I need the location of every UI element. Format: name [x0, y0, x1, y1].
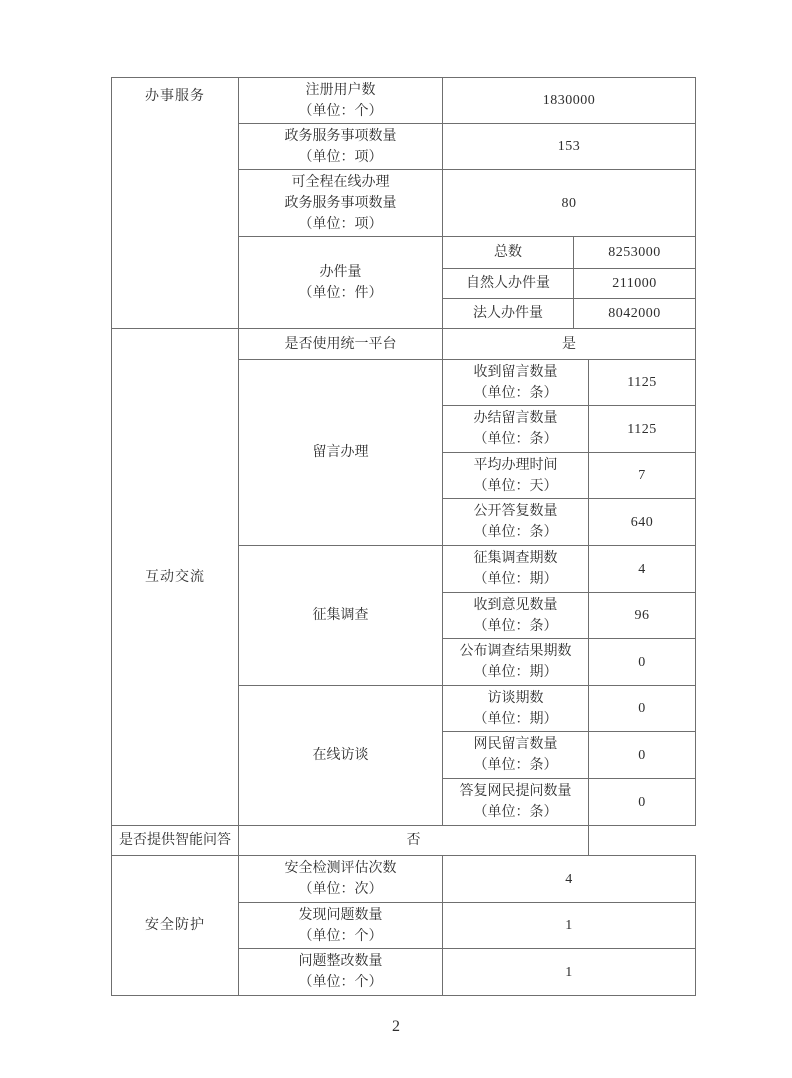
submetric-unit-line: （单位：条）: [445, 755, 586, 776]
submetric-label-line: 收到意见数量: [445, 595, 586, 616]
submetric-label-line: 网民留言数量: [445, 734, 586, 755]
metric-label-cell: 可全程在线办理 政务服务事项数量 （单位：项）: [239, 170, 443, 237]
submetric-label-line: 办结留言数量: [445, 408, 586, 429]
submetric-label-cell: 自然人办件量: [443, 269, 574, 299]
metric-value-cell: 640: [589, 499, 696, 546]
page-number: 2: [0, 1018, 792, 1036]
metric-value-cell: 否: [239, 826, 589, 856]
metric-label-cell: 是否提供智能问答: [112, 826, 239, 856]
metric-value-cell: 96: [589, 593, 696, 639]
submetric-label-cell: 办结留言数量 （单位：条）: [443, 406, 589, 453]
submetric-label-line: 征集调查期数: [445, 548, 586, 569]
metric-value-cell: 153: [443, 124, 696, 170]
submetric-unit-line: （单位：条）: [445, 383, 586, 404]
metric-label-cell: 是否使用统一平台: [239, 329, 443, 360]
submetric-label-line: 平均办理时间: [445, 455, 586, 476]
metric-label-line: 政务服务事项数量: [241, 193, 440, 214]
submetric-unit-line: （单位：期）: [445, 662, 586, 683]
metric-label-cell: 安全检测评估次数 （单位：次）: [239, 856, 443, 903]
metric-value-cell: 7: [589, 453, 696, 499]
submetric-unit-line: （单位：条）: [445, 429, 586, 450]
submetric-label-cell: 公布调查结果期数 （单位：期）: [443, 639, 589, 686]
submetric-label-cell: 答复网民提问数量 （单位：条）: [443, 779, 589, 826]
metric-unit-line: （单位：个）: [241, 101, 440, 122]
submetric-unit-line: （单位：条）: [445, 802, 586, 823]
submetric-unit-line: （单位：条）: [445, 522, 586, 543]
section-label-cell: 办事服务: [112, 78, 239, 329]
metric-label-line: 注册用户数: [241, 80, 440, 101]
metric-unit-line: （单位：次）: [241, 879, 440, 900]
group-label-cell: 办件量 （单位：件）: [239, 237, 443, 329]
document-page: 办事服务 注册用户数 （单位：个） 1830000 政务服务事项数量 （单位：项…: [0, 0, 792, 1078]
group-label-line: 办件量: [241, 262, 440, 283]
metric-label-line: 安全检测评估次数: [241, 858, 440, 879]
metric-value-cell: 211000: [574, 269, 696, 299]
submetric-label-line: 收到留言数量: [445, 362, 586, 383]
submetric-label-cell: 总数: [443, 237, 574, 269]
metric-label-line: 政务服务事项数量: [241, 126, 440, 147]
submetric-label-line: 访谈期数: [445, 688, 586, 709]
metric-unit-line: （单位：个）: [241, 972, 440, 993]
metric-value-cell: 0: [589, 639, 696, 686]
metric-value-cell: 1125: [589, 360, 696, 406]
submetric-label-cell: 收到留言数量 （单位：条）: [443, 360, 589, 406]
report-table: 办事服务 注册用户数 （单位：个） 1830000 政务服务事项数量 （单位：项…: [111, 77, 696, 996]
metric-label-line: 发现问题数量: [241, 905, 440, 926]
metric-value-cell: 1125: [589, 406, 696, 453]
metric-value-cell: 1830000: [443, 78, 696, 124]
submetric-label-cell: 公开答复数量 （单位：条）: [443, 499, 589, 546]
submetric-label-line: 答复网民提问数量: [445, 781, 586, 802]
metric-unit-line: （单位：项）: [241, 214, 440, 235]
submetric-unit-line: （单位：条）: [445, 616, 586, 637]
metric-label-cell: 发现问题数量 （单位：个）: [239, 903, 443, 949]
metric-value-cell: 1: [443, 949, 696, 996]
submetric-label-cell: 法人办件量: [443, 299, 574, 329]
submetric-unit-line: （单位：期）: [445, 709, 586, 730]
section-label-cell: 安全防护: [112, 856, 239, 996]
group-label-cell: 在线访谈: [239, 686, 443, 826]
metric-value-cell: 0: [589, 779, 696, 826]
metric-value-cell: 1: [443, 903, 696, 949]
group-unit-line: （单位：件）: [241, 283, 440, 304]
metric-value-cell: 8253000: [574, 237, 696, 269]
metric-value-cell: 0: [589, 686, 696, 732]
metric-label-cell: 政务服务事项数量 （单位：项）: [239, 124, 443, 170]
submetric-unit-line: （单位：期）: [445, 569, 586, 590]
metric-value-cell: 4: [443, 856, 696, 903]
section-label-cell: 互动交流: [112, 329, 239, 826]
metric-label-cell: 注册用户数 （单位：个）: [239, 78, 443, 124]
metric-value-cell: 80: [443, 170, 696, 237]
submetric-label-cell: 网民留言数量 （单位：条）: [443, 732, 589, 779]
submetric-label-line: 公布调查结果期数: [445, 641, 586, 662]
submetric-label-cell: 征集调查期数 （单位：期）: [443, 546, 589, 593]
submetric-label-cell: 访谈期数 （单位：期）: [443, 686, 589, 732]
group-label-cell: 征集调查: [239, 546, 443, 686]
group-label-cell: 留言办理: [239, 360, 443, 546]
metric-label-line: 问题整改数量: [241, 951, 440, 972]
metric-value-cell: 0: [589, 732, 696, 779]
metric-unit-line: （单位：个）: [241, 926, 440, 947]
metric-value-cell: 4: [589, 546, 696, 593]
submetric-label-cell: 收到意见数量 （单位：条）: [443, 593, 589, 639]
metric-value-cell: 8042000: [574, 299, 696, 329]
submetric-label-line: 公开答复数量: [445, 501, 586, 522]
metric-label-cell: 问题整改数量 （单位：个）: [239, 949, 443, 996]
metric-value-cell: 是: [443, 329, 696, 360]
metric-label-line: 可全程在线办理: [241, 172, 440, 193]
submetric-unit-line: （单位：天）: [445, 476, 586, 497]
submetric-label-cell: 平均办理时间 （单位：天）: [443, 453, 589, 499]
metric-unit-line: （单位：项）: [241, 147, 440, 168]
